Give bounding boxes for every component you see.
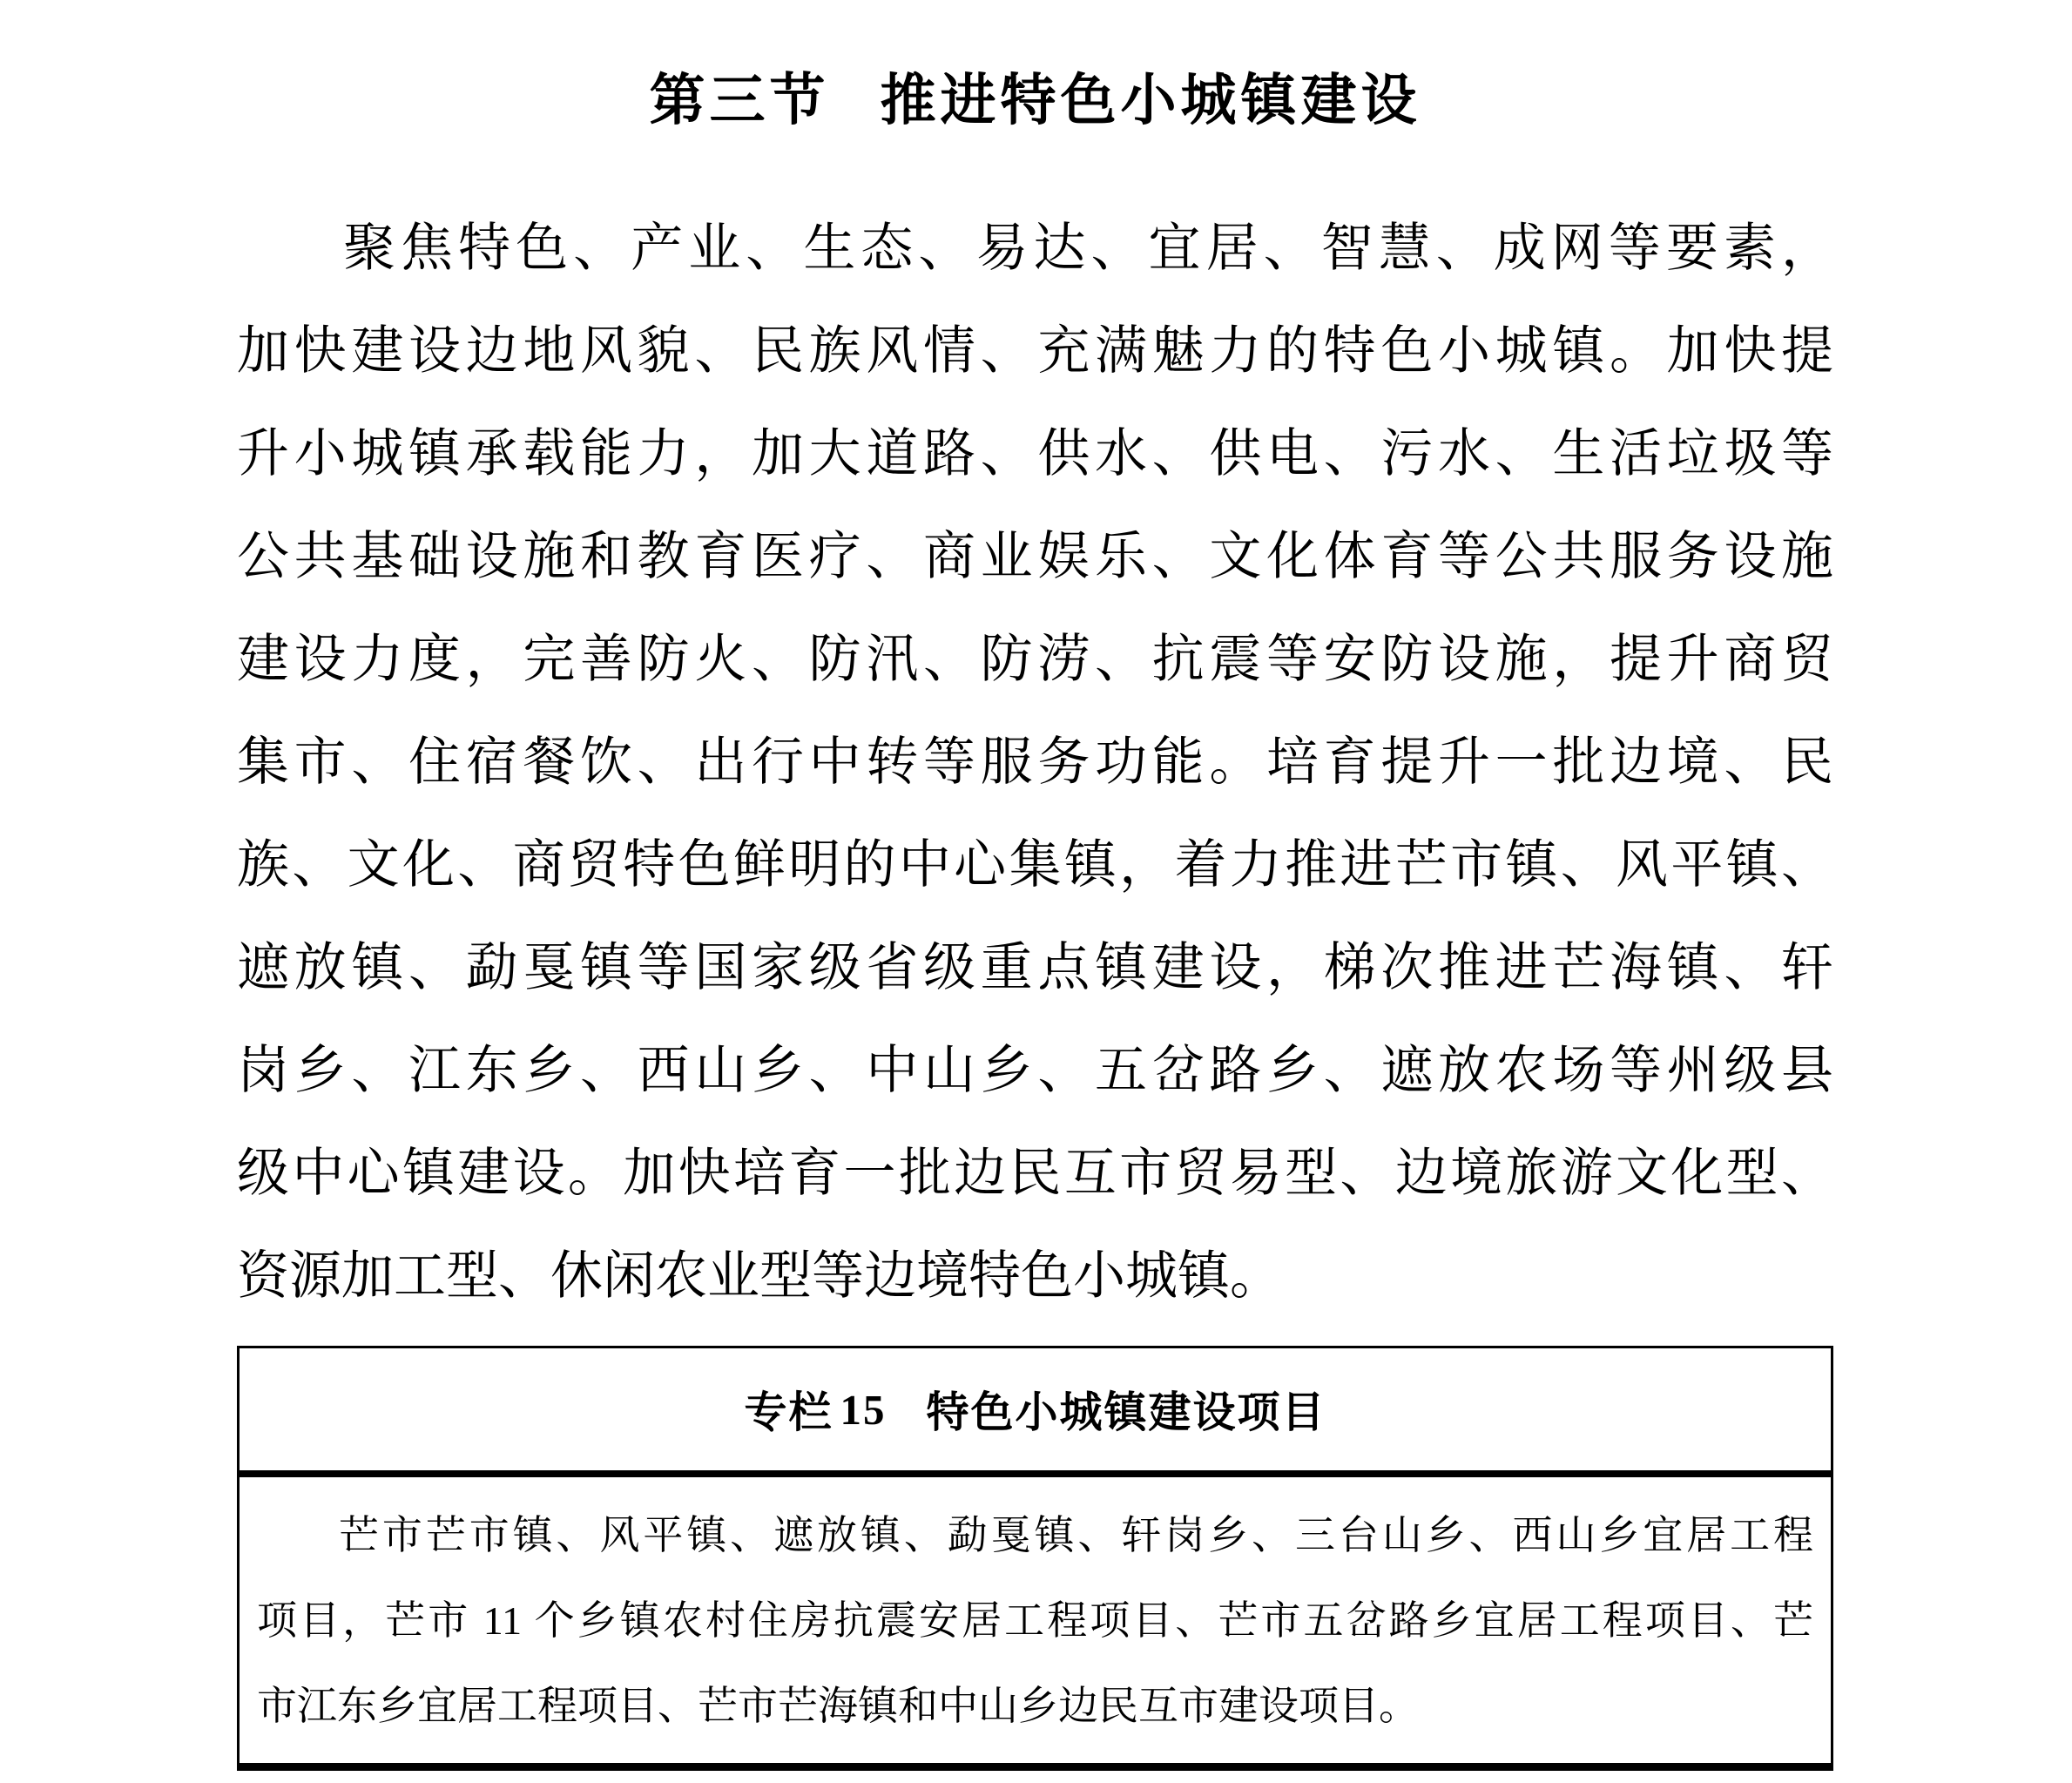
section-heading-text: 推进特色小城镇建设 xyxy=(881,69,1421,132)
panel-label: 专栏 xyxy=(744,1379,833,1440)
feature-box: 专栏 15 特色小城镇建设项目 芒市芒市镇、风平镇、遮放镇、勐戛镇、轩岗乡、三台… xyxy=(237,1346,1833,1771)
panel-number: 15 xyxy=(840,1385,887,1435)
paragraph-line: 遮放镇、勐戛镇等国家级省级重点镇建设，梯次推进芒海镇、轩 xyxy=(237,916,1833,1019)
paragraph-line: 集市、住宿餐饮、出行中转等服务功能。培育提升一批边境、民 xyxy=(237,711,1833,814)
document-page: 第三节推进特色小城镇建设 聚焦特色、产业、生态、易达、宜居、智慧、成网等要素， … xyxy=(0,0,2072,1783)
paragraph-line: 资源加工型、休闲农业型等边境特色小城镇。 xyxy=(237,1225,1833,1327)
panel-line: 市江东乡宜居工程项目、芒市芒海镇和中山乡边民互市建设项目。 xyxy=(257,1664,1813,1749)
paragraph-line: 级中心镇建设。加快培育一批边民互市贸易型、边境旅游文化型、 xyxy=(237,1122,1833,1225)
paragraph-line: 升小城镇承载能力，加大道路、供水、供电、污水、生活垃圾等 xyxy=(237,402,1833,505)
paragraph-line: 族、文化、商贸特色鲜明的中心集镇，着力推进芒市镇、风平镇、 xyxy=(237,814,1833,916)
paragraph-line: 公共基础设施和教育医疗、商业娱乐、文化体育等公共服务设施 xyxy=(237,505,1833,608)
feature-box-body: 芒市芒市镇、风平镇、遮放镇、勐戛镇、轩岗乡、三台山乡、西山乡宜居工程 项目，芒市… xyxy=(240,1477,1831,1763)
paragraph-line: 岗乡、江东乡、西山乡、中山乡、五岔路乡、遮放农场等州级县 xyxy=(237,1019,1833,1122)
section-number: 第三节 xyxy=(650,69,830,132)
section-title: 第三节推进特色小城镇建设 xyxy=(237,70,1833,131)
body-paragraph: 聚焦特色、产业、生态、易达、宜居、智慧、成网等要素， 加快建设边地风貌、民族风情… xyxy=(237,197,1833,1327)
panel-line: 项目，芒市 11 个乡镇农村住房抗震安居工程项目、芒市五岔路乡宜居工程项目、芒 xyxy=(257,1578,1813,1664)
panel-line: 芒市芒市镇、风平镇、遮放镇、勐戛镇、轩岗乡、三台山乡、西山乡宜居工程 xyxy=(257,1493,1813,1578)
paragraph-line: 建设力度，完善防火、防汛、防涝、抗震等安防设施，提升商贸 xyxy=(237,608,1833,711)
paragraph-line: 聚焦特色、产业、生态、易达、宜居、智慧、成网等要素， xyxy=(237,197,1833,300)
panel-title: 特色小城镇建设项目 xyxy=(927,1379,1326,1440)
feature-box-header: 专栏 15 特色小城镇建设项目 xyxy=(240,1348,1831,1477)
paragraph-line: 加快建设边地风貌、民族风情、充满魅力的特色小城镇。加快提 xyxy=(237,300,1833,402)
